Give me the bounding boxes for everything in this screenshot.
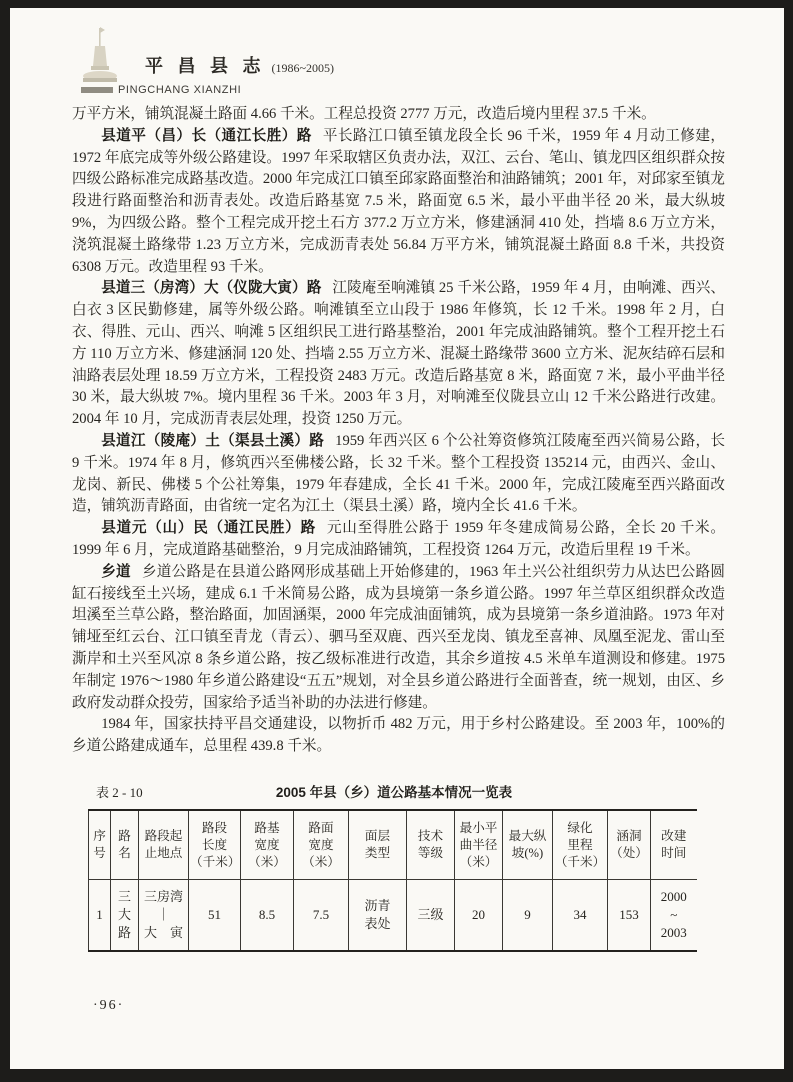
cell-路段起止地点: 三房湾 ｜ 大 寅 (139, 880, 189, 952)
book-title-row: 平 昌 县 志 (1986~2005) (145, 52, 334, 78)
cell-路基宽度: 8.5 (241, 880, 294, 952)
paragraph-text: 乡道公路是在县道公路网形成基础上开始修建的，1963 年土兴公社组织劳力从达巴公… (72, 564, 725, 711)
col-路名: 路 名 (111, 810, 139, 880)
cell-路面宽度: 7.5 (294, 880, 349, 952)
paragraph-text: 平长路江口镇至镇龙段全长 96 千米，1959 年 4 月动工修建，1972 年… (72, 128, 725, 275)
cell-技术等级: 三级 (407, 880, 455, 952)
book-pinyin-row: PINGCHANG XIANZHI (81, 84, 241, 96)
cell-路段长度: 51 (189, 880, 241, 952)
paragraph-text: 万平方米，铺筑混凝土路面 4.66 千米。工程总投资 2777 万元，改造后境内… (72, 106, 656, 122)
table-caption: 表 2 - 10 2005 年县（乡）道公路基本情况一览表 (88, 780, 700, 802)
road-name-heading: 县道江（陵庵）土（渠县土溪）路 (101, 433, 324, 449)
paragraph-text: 江陵庵至响滩镇 25 千米公路，1959 年 4 月，由响滩、西兴、白衣 3 区… (72, 280, 725, 427)
table-title: 2005 年县（乡）道公路基本情况一览表 (88, 780, 700, 801)
paragraph-continuation: 万平方米，铺筑混凝土路面 4.66 千米。工程总投资 2777 万元，改造后境内… (72, 104, 725, 126)
paragraph-county-road-sanda: 县道三（房湾）大（仪陇大寅）路江陵庵至响滩镇 25 千米公路，1959 年 4 … (72, 278, 725, 431)
col-序号: 序 号 (89, 810, 111, 880)
road-name-heading: 乡道 (101, 564, 131, 580)
table-header-row: 序 号 路 名 路段起 止地点 路段 长度 （千米） 路基 宽度 （米） 路面 … (89, 810, 697, 880)
page-header: 平 昌 县 志 (1986~2005) PINGCHANG XIANZHI (75, 26, 435, 96)
road-name-heading: 县道元（山）民（通江民胜）路 (101, 520, 316, 536)
cell-面层类型: 沥青 表处 (349, 880, 407, 952)
col-绿化里程: 绿化 里程 （千米） (553, 810, 608, 880)
cell-最小平曲半径: 20 (455, 880, 503, 952)
paragraph-county-road-yuanmin: 县道元（山）民（通江民胜）路元山至得胜公路于 1959 年冬建成简易公路，全长 … (72, 518, 725, 562)
cell-序号: 1 (89, 880, 111, 952)
col-面层类型: 面层 类型 (349, 810, 407, 880)
col-路段长度: 路段 长度 （千米） (189, 810, 241, 880)
logo-bar (81, 87, 113, 93)
col-最小平曲半径: 最小平 曲半径 （米） (455, 810, 503, 880)
road-name-heading: 县道三（房湾）大（仪陇大寅）路 (101, 280, 321, 296)
book-pinyin: PINGCHANG XIANZHI (118, 84, 241, 96)
col-路段起止地点: 路段起 止地点 (139, 810, 189, 880)
road-name-heading: 县道平（昌）长（通江长胜）路 (101, 128, 312, 144)
cell-最大纵坡: 9 (503, 880, 553, 952)
col-技术等级: 技术 等级 (407, 810, 455, 880)
cell-路名: 三 大 路 (111, 880, 139, 952)
table-label: 表 2 - 10 (96, 782, 143, 801)
page-footer: ·96· (93, 998, 124, 1014)
scanned-page: 平 昌 县 志 (1986~2005) PINGCHANG XIANZHI 万平… (0, 0, 793, 1082)
table-section: 表 2 - 10 2005 年县（乡）道公路基本情况一览表 序 号 路 名 路段… (88, 780, 700, 952)
book-title: 平 昌 县 志 (145, 56, 266, 76)
paragraph-county-road-pingchang: 县道平（昌）长（通江长胜）路平长路江口镇至镇龙段全长 96 千米，1959 年 … (72, 126, 725, 279)
col-路面宽度: 路面 宽度 （米） (294, 810, 349, 880)
page-number: ·96· (93, 998, 124, 1013)
book-years: (1986~2005) (272, 61, 334, 75)
cell-绿化里程: 34 (553, 880, 608, 952)
paragraph-text: 1984 年，国家扶持平昌交通建设，以物折币 482 万元，用于乡村公路建设。至… (72, 716, 725, 754)
col-最大纵坡: 最大纵 坡(%) (503, 810, 553, 880)
roads-table: 序 号 路 名 路段起 止地点 路段 长度 （千米） 路基 宽度 （米） 路面 … (88, 809, 697, 952)
paragraph-county-road-jiangtu: 县道江（陵庵）土（渠县土溪）路1959 年西兴区 6 个公社筹资修筑江陵庵至西兴… (72, 431, 725, 518)
tower-logo-icon (81, 26, 119, 86)
col-涵洞: 涵洞 （处） (608, 810, 651, 880)
col-路基宽度: 路基 宽度 （米） (241, 810, 294, 880)
cell-涵洞: 153 (608, 880, 651, 952)
table-row: 1 三 大 路 三房湾 ｜ 大 寅 51 8.5 7.5 沥青 表处 三级 20… (89, 880, 697, 952)
paragraph-1984-funding: 1984 年，国家扶持平昌交通建设，以物折币 482 万元，用于乡村公路建设。至… (72, 714, 725, 758)
cell-改建时间: 2000 ~ 2003 (651, 880, 697, 952)
paragraph-township-roads: 乡道乡道公路是在县道公路网形成基础上开始修建的，1963 年土兴公社组织劳力从达… (72, 562, 725, 715)
body-text: 万平方米，铺筑混凝土路面 4.66 千米。工程总投资 2777 万元，改造后境内… (72, 104, 725, 758)
col-改建时间: 改建 时间 (651, 810, 697, 880)
